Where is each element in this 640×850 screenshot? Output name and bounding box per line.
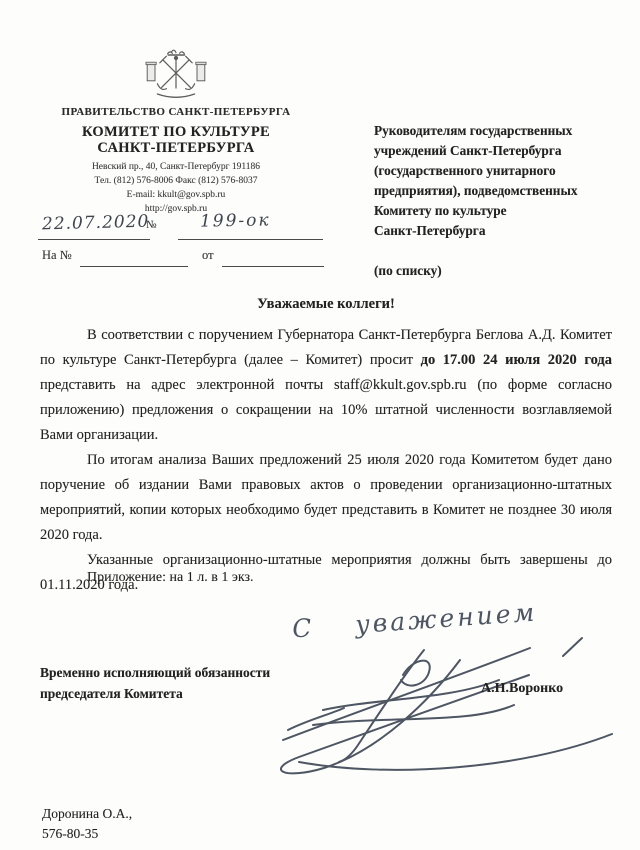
salutation: Уважаемые коллеги! [40, 292, 612, 317]
addressee-note: (по списку) [374, 261, 624, 281]
reply-date-underline [222, 266, 324, 267]
paragraph-1: В соответствии с поручением Губернатора … [40, 323, 612, 448]
handwritten-date: 22.07.2020 [42, 212, 150, 235]
p1-deadline-bold: до 17.00 24 июля 2020 года [421, 352, 612, 368]
letter-body: Уважаемые коллеги! В соответствии с пору… [40, 292, 612, 598]
signer-position-line2: председателя Комитета [40, 684, 300, 705]
executor-block: Доронина О.А., 576-80-35 [42, 804, 132, 843]
reply-number-underline [80, 266, 188, 267]
letterhead: ПРАВИТЕЛЬСТВО САНКТ-ПЕТЕРБУРГА КОМИТЕТ П… [30, 46, 322, 217]
executor-phone: 576-80-35 [42, 824, 132, 844]
p1-email: staff@kkult.gov.spb.ru [334, 377, 467, 393]
handwritten-number: 199-ок [200, 210, 271, 231]
reply-from-label: от [202, 248, 214, 263]
addressee-line: Комитету по культуре [374, 201, 624, 221]
spb-coat-of-arms-icon [143, 46, 209, 103]
reply-to-number-label: На № [42, 248, 72, 263]
letterhead-email: E-mail: kkult@gov.spb.ru [30, 189, 322, 203]
addressee-line: учреждений Санкт-Петербурга [374, 141, 624, 161]
signer-position-line1: Временно исполняющий обязанности [40, 663, 300, 684]
addressee-line: предприятия), подведомственных [374, 181, 624, 201]
attachment-note: Приложение: на 1 л. в 1 экз. [40, 570, 612, 586]
p1-text: представить на адрес электронной почты [40, 377, 334, 393]
letterhead-phone-fax: Тел. (812) 576-8006 Факс (812) 576-8037 [30, 175, 322, 189]
scanned-letter-page: ПРАВИТЕЛЬСТВО САНКТ-ПЕТЕРБУРГА КОМИТЕТ П… [0, 0, 640, 850]
signer-name: А.Н.Воронко [481, 681, 563, 697]
signer-position: Временно исполняющий обязанности председ… [40, 663, 300, 705]
addressee-line: (государственного унитарного [374, 161, 624, 181]
letterhead-address: Невский пр., 40, Санкт-Петербург 191186 [30, 161, 322, 175]
government-title: ПРАВИТЕЛЬСТВО САНКТ-ПЕТЕРБУРГА [30, 106, 322, 118]
executor-name: Доронина О.А., [42, 804, 132, 824]
committee-title-line2: САНКТ-ПЕТЕРБУРГА [30, 140, 322, 156]
number-underline [178, 239, 323, 240]
committee-title-line1: КОМИТЕТ ПО КУЛЬТУРЕ [30, 124, 322, 140]
addressee-line: Руководителям государственных [374, 121, 624, 141]
paragraph-2: По итогам анализа Ваших предложений 25 и… [40, 448, 612, 548]
addressee-line: Санкт-Петербурга [374, 221, 624, 241]
addressee-block: Руководителям государственных учреждений… [374, 121, 624, 281]
date-underline [38, 239, 150, 240]
number-sign: № [146, 219, 157, 231]
